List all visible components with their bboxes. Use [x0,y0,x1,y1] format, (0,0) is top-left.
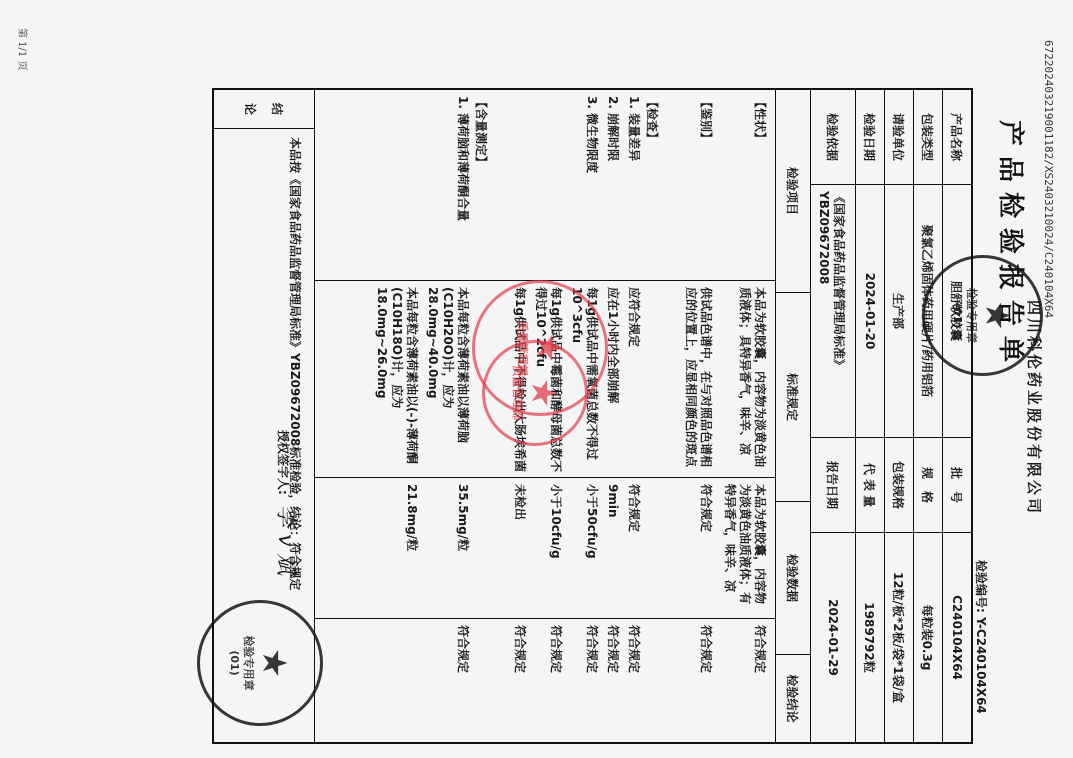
info-row: 请验单位 生产部 包装规格 12粒/板*2板/袋*1袋/盒 [884,90,913,742]
section-heading: 【性状】 [752,96,767,276]
signature-label: 授权签字人: [276,430,290,495]
basis-label: 检验依据 [811,90,855,185]
test-result: 符合规定 [512,625,527,738]
test-standard: 本品为软胶囊，内容物为淡黄色油质液体；具特异香气，味辛、凉 [737,287,767,473]
report-date-value: 2024-01-29 [811,533,855,742]
info-label: 代 表 量 [856,438,884,533]
page-number: 第 1/1 页 [16,28,31,70]
conclusion-label-2: 论 [242,103,259,115]
signature-block: 授权签字人: 李 v 斌 [272,430,303,575]
test-data: 小于10cfu/g [548,484,563,614]
info-value: 胆舒软胶囊 [943,185,971,438]
test-data: 小于50cfu/g [584,484,599,614]
test-result: 符合规定 [455,625,470,738]
test-data-column: 本品为软胶囊，内容物为淡黄色油质液体；有特异香气，味辛、凉符合规定符合规定9mi… [315,478,775,619]
col-result: 检验结论 [776,655,810,742]
test-standard: 应符合规定 [626,287,641,473]
test-data: 符合规定 [626,484,641,614]
info-value: C240104X64 [943,533,971,742]
test-result: 符合规定 [584,625,599,738]
col-standard: 标准规定 [776,293,810,502]
test-result-column: 符合规定符合规定符合规定符合规定符合规定符合规定符合规定符合规定 [315,619,775,742]
conclusion-label: 结 论 [214,90,314,129]
info-label: 规 格 [914,438,942,533]
info-value: 聚氯乙烯固体药用硬片/药用铝箔 [914,185,942,438]
info-value: 每粒装0.3g [914,533,942,742]
test-item-name: 3. 微生物限度 [584,96,599,276]
info-label: 产品名称 [943,90,971,185]
document-code: 672202403219001182/XS2403210024/C240104X… [1042,40,1055,318]
info-label: 包装规格 [885,438,913,533]
test-result: 符合规定 [752,625,767,738]
section-heading: 【检查】 [644,96,659,276]
basis-value: 《国家食品药品监督管理局标准》YBZ09672008 [811,185,855,438]
conclusion-row: 结 论 本品按《国家食品药品监督管理局标准》YBZ09672008标准检验，结论… [214,90,315,742]
info-value: 2024-01-20 [856,185,884,438]
signature-handwriting: 李 v 斌 [273,505,298,575]
info-row: 包装类型 聚氯乙烯固体药用硬片/药用铝箔 规 格 每粒装0.3g [913,90,942,742]
test-data: 未检出 [512,484,527,614]
test-item-name: 1. 薄荷脑和薄荷酮合量 [455,96,470,276]
info-label: 批 号 [943,438,971,533]
report-title: 产品检验报告单 [994,120,1031,372]
test-data: 21.8mg/粒 [404,484,419,614]
test-item-name: 2. 崩解时限 [605,96,620,276]
test-standard-column: 本品为软胶囊，内容物为淡黄色油质液体；具特异香气，味辛、凉供试品色谱中，在与对照… [315,281,775,478]
info-label: 检验日期 [856,90,884,185]
test-data: 35.5mg/粒 [455,484,470,614]
info-row: 检验日期 2024-01-20 代 表 量 1989792粒 [855,90,884,742]
info-row: 产品名称 胆舒软胶囊 批 号 C240104X64 [942,90,971,742]
info-label: 包装类型 [914,90,942,185]
info-value: 生产部 [885,185,913,438]
info-value: 12粒/板*2板/袋*1袋/盒 [885,533,913,742]
inspection-report-page: 672202403219001182/XS2403210024/C240104X… [0,0,1073,758]
info-value: 1989792粒 [856,533,884,742]
test-standard: 本品每粒含薄荷素油以(-)-薄荷酮(C10H18O)计，应为18.0mg~26.… [374,287,419,473]
test-result: 符合规定 [698,625,713,738]
report-number: 检验编号: Y-C240104X64 [973,560,990,714]
test-standard: 供试品色谱中，在与对照品色谱相应的位置上，应显相同颜色的斑点 [683,287,713,473]
section-heading: 【含量测定】 [473,96,488,276]
conclusion-label-1: 结 [269,103,286,115]
test-standard: 应在1小时内全部崩解 [605,287,620,473]
test-result: 符合规定 [548,625,563,738]
test-data: 符合规定 [698,484,713,614]
test-results: 【性状】【鉴别】【检查】1. 装量差异2. 崩解时限3. 微生物限度【含量测定】… [315,90,775,742]
test-item-column: 【性状】【鉴别】【检查】1. 装量差异2. 崩解时限3. 微生物限度【含量测定】… [315,90,775,281]
report-table: 产品名称 胆舒软胶囊 批 号 C240104X64 包装类型 聚氯乙烯固体药用硬… [212,88,973,744]
report-date-label: 报告日期 [811,438,855,533]
col-item: 检验项目 [776,90,810,293]
test-data: 本品为软胶囊，内容物为淡黄色油质液体；有特异香气，味辛、凉 [722,484,767,614]
test-data: 9min [605,484,620,614]
test-item-name: 1. 装量差异 [626,96,641,276]
test-result: 符合规定 [605,625,620,738]
column-header-row: 检验项目 标准规定 检验数据 检验结论 [775,90,810,742]
test-standard: 每1g供试品中不得检出大肠埃希菌 [512,287,527,473]
test-result: 符合规定 [626,625,641,738]
info-label: 请验单位 [885,90,913,185]
basis-row: 检验依据 《国家食品药品监督管理局标准》YBZ09672008 报告日期 202… [810,90,855,742]
report-number-label: 检验编号: [974,560,988,613]
test-standard: 每1g供试品中霉菌和酵母菌总数不得过10^2cfu [533,287,563,473]
test-standard: 本品每粒含薄荷素油以薄荷脑(C10H20O)计，应为28.0mg~40.0mg [425,287,470,473]
section-heading: 【鉴别】 [698,96,713,276]
report-number-value: Y-C240104X64 [974,617,988,714]
test-standard: 每1g供试品中需氧菌总数不得过10^3cfu [569,287,599,473]
col-data: 检验数据 [776,502,810,655]
